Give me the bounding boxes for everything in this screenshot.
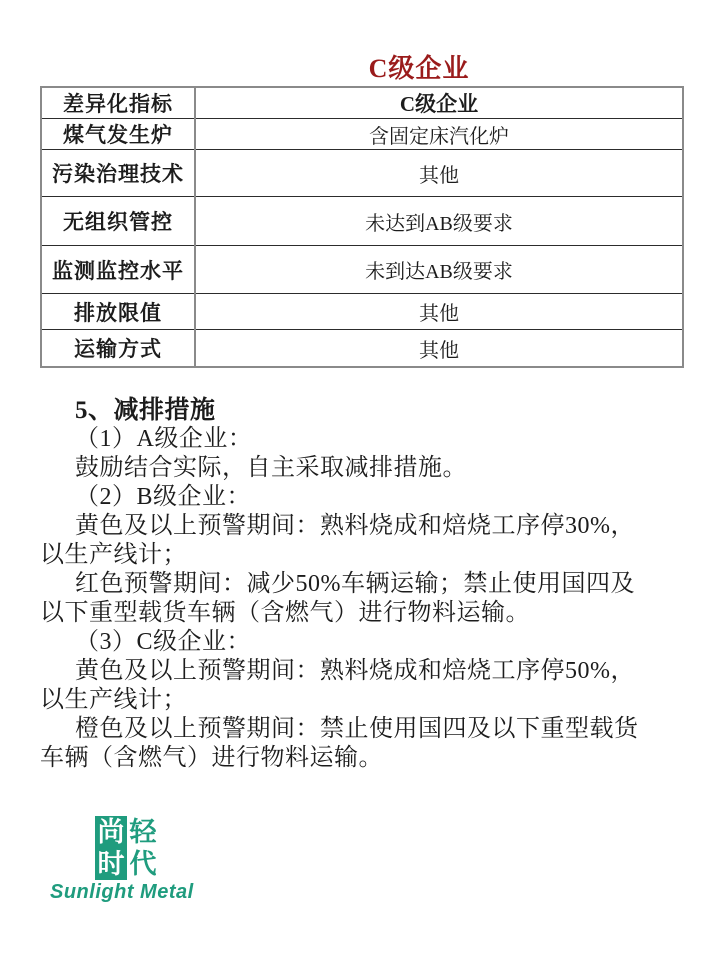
logo-char-qing: 轻 [127, 816, 159, 848]
logo-char-shi: 时 [95, 848, 127, 880]
measures-line: （3）C级企业： [40, 628, 688, 657]
sunlight-metal-logo: 尚 轻 时 代 [95, 816, 159, 880]
row-value: 未到达AB级要求 [195, 246, 683, 294]
measures-line: 橙色及以上预警期间：禁止使用国四及以下重型载货 [40, 715, 688, 744]
row-value: 其他 [195, 294, 683, 330]
table-header-label: 差异化指标 [41, 87, 195, 119]
measures-section: 5、减排措施 （1）A级企业： 鼓励结合实际，自主采取减排措施。 （2）B级企业… [40, 396, 688, 773]
table-header-value: C级企业 [195, 87, 683, 119]
table-row: 监测监控水平 未到达AB级要求 [41, 246, 683, 294]
table-header-row: 差异化指标 C级企业 [41, 87, 683, 119]
measures-heading: 5、减排措施 [40, 396, 688, 425]
table-row: 排放限值 其他 [41, 294, 683, 330]
row-value: 含固定床汽化炉 [195, 119, 683, 150]
measures-line: 鼓励结合实际，自主采取减排措施。 [40, 454, 688, 483]
measures-line: 黄色及以上预警期间：熟料烧成和焙烧工序停30%， [40, 512, 688, 541]
brand-wordmark: Sunlight Metal [50, 881, 194, 904]
measures-line: 红色预警期间：减少50%车辆运输；禁止使用国四及 [40, 570, 688, 599]
row-label: 监测监控水平 [41, 246, 195, 294]
measures-line: 以下重型载货车辆（含燃气）进行物料运输。 [40, 599, 688, 628]
row-label: 无组织管控 [41, 197, 195, 246]
page-title: C级企业 [0, 48, 720, 85]
measures-line: （2）B级企业： [40, 483, 688, 512]
document-page: C级企业 差异化指标 C级企业 煤气发生炉 含固定床汽化炉 污染治理技术 其他 … [0, 0, 720, 960]
row-value: 其他 [195, 330, 683, 368]
row-label: 煤气发生炉 [41, 119, 195, 150]
measures-line: （1）A级企业： [40, 425, 688, 454]
row-label: 污染治理技术 [41, 150, 195, 197]
table-row: 污染治理技术 其他 [41, 150, 683, 197]
table-row: 煤气发生炉 含固定床汽化炉 [41, 119, 683, 150]
measures-line: 车辆（含燃气）进行物料运输。 [40, 744, 688, 773]
measures-line: 以生产线计； [40, 686, 688, 715]
row-label: 排放限值 [41, 294, 195, 330]
row-value: 其他 [195, 150, 683, 197]
measures-line: 黄色及以上预警期间：熟料烧成和焙烧工序停50%， [40, 657, 688, 686]
measures-line: 以生产线计； [40, 541, 688, 570]
logo-char-shang: 尚 [95, 816, 127, 848]
row-label: 运输方式 [41, 330, 195, 368]
c-grade-spec-table: 差异化指标 C级企业 煤气发生炉 含固定床汽化炉 污染治理技术 其他 无组织管控… [40, 86, 684, 368]
row-value: 未达到AB级要求 [195, 197, 683, 246]
table-row: 无组织管控 未达到AB级要求 [41, 197, 683, 246]
logo-char-dai: 代 [127, 848, 159, 880]
logo-character-grid: 尚 轻 时 代 [95, 816, 159, 880]
table-row: 运输方式 其他 [41, 330, 683, 368]
